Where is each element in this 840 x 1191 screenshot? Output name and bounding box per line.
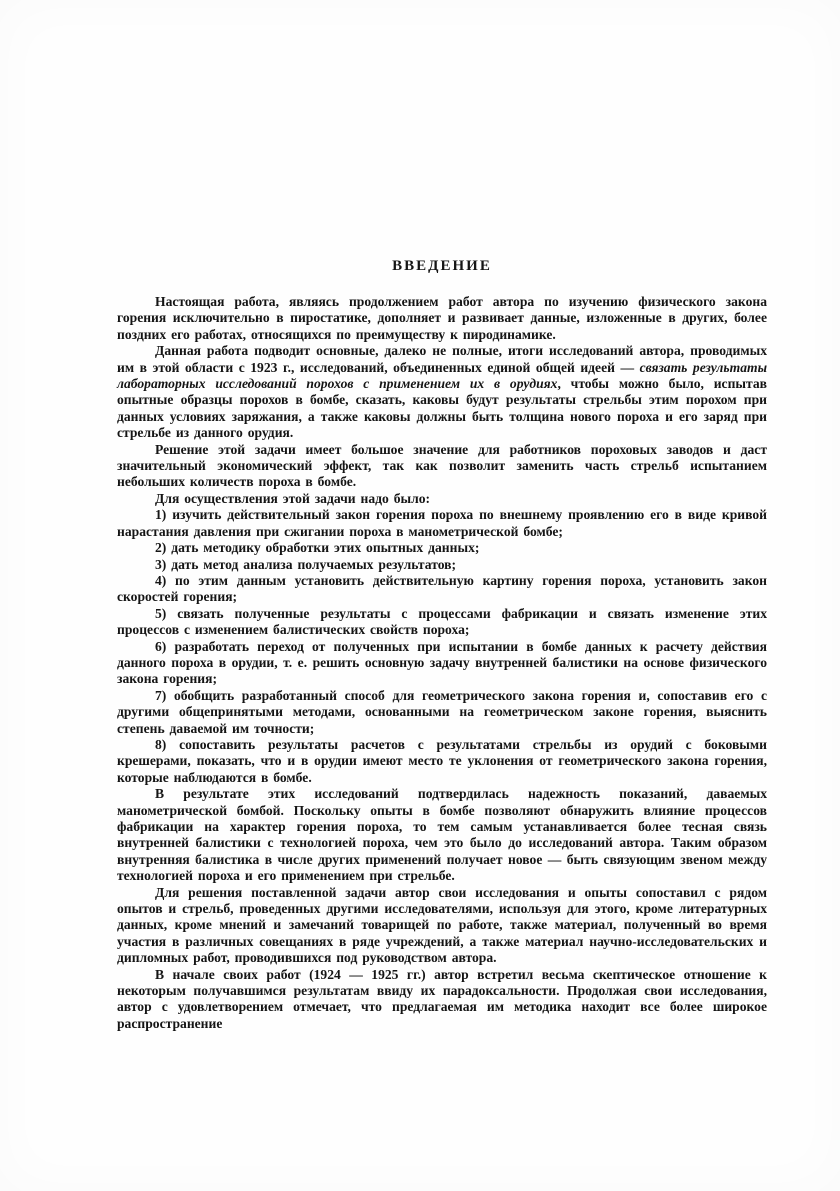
paragraph-early-reception: В начале своих работ (1924 — 1925 гг.) а…: [117, 967, 767, 1033]
paragraph-method-comparison: Для решения поставленной задачи автор св…: [117, 885, 767, 967]
list-item-7: 7) обобщить разработанный способ для гео…: [117, 688, 767, 737]
scanned-book-page: ВВЕДЕНИЕ Настоящая работа, являясь продо…: [0, 0, 840, 1191]
list-item-6: 6) разработать переход от полученных при…: [117, 639, 767, 688]
text-column: ВВЕДЕНИЕ Настоящая работа, являясь продо…: [117, 258, 767, 1032]
list-item-1: 1) изучить действительный закон горения …: [117, 507, 767, 540]
paragraph-thesis: Данная работа подводит основные, далеко …: [117, 343, 767, 441]
paragraph-tasks-lead-in: Для осуществления этой задачи надо было:: [117, 491, 767, 507]
paragraph-significance: Решение этой задачи имеет большое значен…: [117, 442, 767, 491]
paragraph-intro: Настоящая работа, являясь продолжением р…: [117, 294, 767, 343]
paragraph-results: В результате этих исследований подтверди…: [117, 786, 767, 884]
list-item-3: 3) дать метод анализа получаемых результ…: [117, 557, 767, 573]
list-item-5: 5) связать полученные результаты с проце…: [117, 606, 767, 639]
list-item-4: 4) по этим данным установить действитель…: [117, 573, 767, 606]
list-item-8: 8) сопоставить результаты расчетов с рез…: [117, 737, 767, 786]
list-item-2: 2) дать методику обработки этих опытных …: [117, 540, 767, 556]
page-title: ВВЕДЕНИЕ: [117, 258, 767, 275]
